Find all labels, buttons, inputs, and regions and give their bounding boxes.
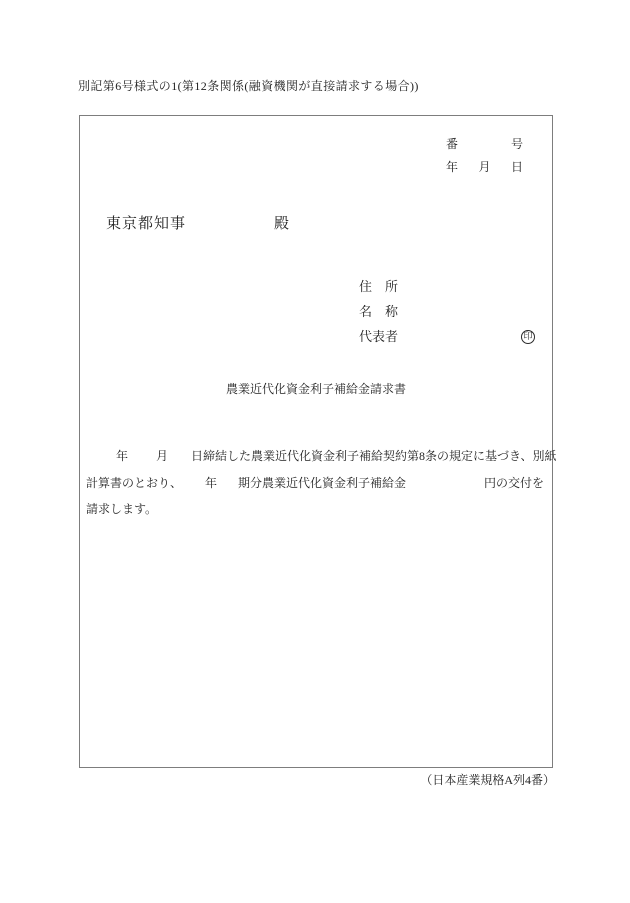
doc-number-right-label: 号 [511,133,523,156]
blank-year-field [128,459,156,460]
body-line2-prefix: 計算書のとおり、 [86,476,182,490]
body-paragraph: 年月日締結した農業近代化資金利子補給契約第8条の規定に基づき、別紙 計算書のとお… [86,443,547,523]
blank-amount-field [406,486,484,487]
body-year-label: 年 [116,449,128,463]
date-day-label: 日 [511,156,523,179]
date-row: 年 月 日 [446,156,523,179]
document-page: 別記第6号様式の1(第12条関係(融資機関が直接請求する場合)) 番 号 年 月… [0,0,630,903]
body-line-2: 計算書のとおり、年期分農業近代化資金利子補給金円の交付を [86,470,547,497]
applicant-representative-row: 代表者 印 [359,324,535,349]
body-line2-mid: 期分農業近代化資金利子補給金 [238,476,406,490]
document-title: 農業近代化資金利子補給金請求書 [80,380,552,397]
applicant-name-label: 名 称 [359,299,535,324]
blank-period-field [217,486,238,487]
body-month-label: 月 [156,449,168,463]
form-heading: 別記第6号様式の1(第12条関係(融資機関が直接請求する場合)) [78,77,419,94]
body-line2-year-label: 年 [205,476,217,490]
date-month-label: 月 [478,156,490,179]
addressee-name: 東京都知事 [106,212,186,233]
blank-indent [86,459,116,460]
applicant-address-label: 住 所 [359,274,535,299]
doc-number-left-label: 番 [446,133,458,156]
blank-year-field-2 [182,486,205,487]
applicant-representative-label: 代表者 [359,324,398,349]
document-number-block: 番 号 年 月 日 [446,133,523,179]
blank-month-field [168,459,191,460]
body-line-1: 年月日締結した農業近代化資金利子補給契約第8条の規定に基づき、別紙 [86,443,547,470]
addressee-honorific: 殿 [274,212,290,233]
applicant-block: 住 所 名 称 代表者 印 [359,274,535,349]
document-number-row: 番 号 [446,133,523,156]
seal-icon: 印 [521,330,535,344]
body-line2-suffix: 円の交付を [484,476,544,490]
date-year-label: 年 [446,156,458,179]
paper-size-note: （日本産業規格A列4番） [420,771,555,788]
body-line-3: 請求します。 [86,496,547,523]
body-line1-text: 日締結した農業近代化資金利子補給契約第8条の規定に基づき、別紙 [191,449,557,463]
addressee-line: 東京都知事 殿 [106,212,290,233]
form-border-box: 番 号 年 月 日 東京都知事 殿 住 所 名 称 代表者 印 農業近代化資金利… [79,115,553,768]
